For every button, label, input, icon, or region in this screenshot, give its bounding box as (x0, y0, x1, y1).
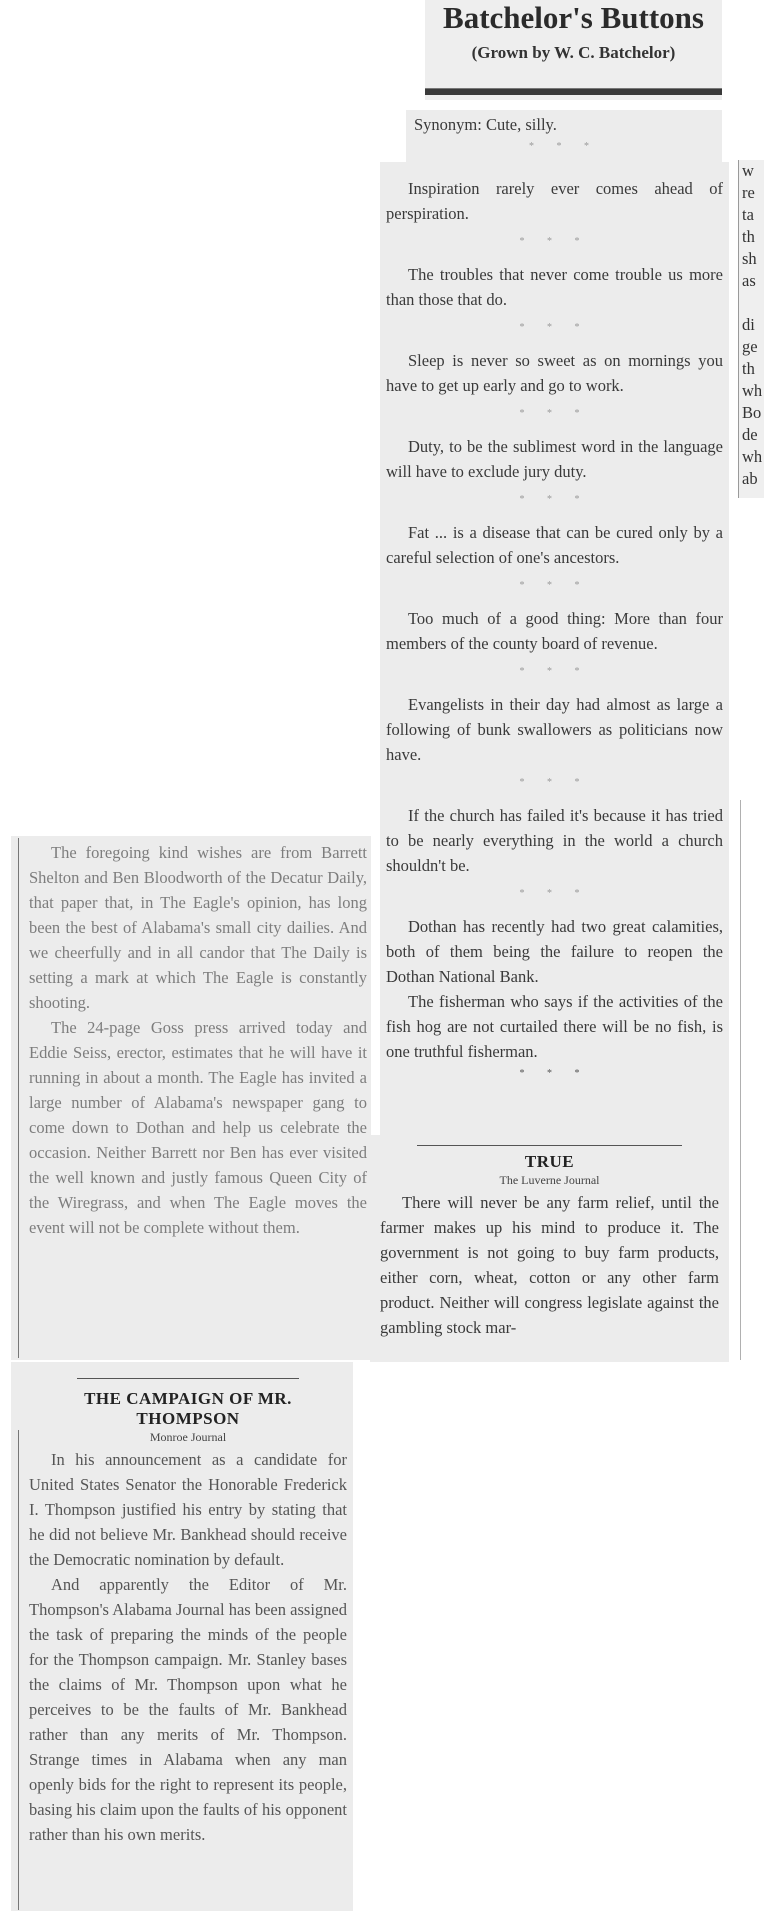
eagle-paragraph: The foregoing kind wishes are from Barre… (29, 840, 367, 1015)
thompson-article-body: In his announcement as a candidate for U… (29, 1447, 347, 1847)
separator-stars: * * * (386, 775, 723, 791)
separator-stars: * * * (386, 234, 723, 250)
separator-stars: * * * (386, 664, 723, 680)
edge-fragments: wretathshas digethwhBodewhab (742, 160, 764, 490)
column-item: The fisherman who says if the activities… (386, 989, 723, 1064)
edge-fragment-line: de (742, 424, 764, 446)
column-item: The troubles that never come trouble us … (386, 262, 723, 312)
column-item: If the church has failed it's because it… (386, 803, 723, 878)
edge-fragment-line: wh (742, 446, 764, 468)
thompson-article-source: Monroe Journal (29, 1429, 347, 1445)
column-byline: (Grown by W. C. Batchelor) (425, 42, 722, 64)
edge-fragment-line (742, 292, 764, 314)
column-item: Too much of a good thing: More than four… (386, 606, 723, 656)
edge-fragment-line: re (742, 182, 764, 204)
adjacent-column-fragment: wretathshas digethwhBodewhab (738, 160, 764, 498)
edge-fragment-line: di (742, 314, 764, 336)
column-title: Batchelor's Buttons (425, 0, 722, 36)
thompson-article-clipping: THE CAMPAIGN OF MR. THOMPSON Monroe Jour… (11, 1362, 353, 1911)
synonym-line: Synonym: Cute, silly. (406, 110, 722, 137)
thompson-left-rule (18, 1430, 19, 1910)
edge-fragment-line: ge (742, 336, 764, 358)
thompson-paragraph: In his announcement as a candidate for U… (29, 1447, 347, 1572)
edge-fragment-line: th (742, 226, 764, 248)
synonym-clipping: Synonym: Cute, silly. * * * (406, 110, 722, 162)
edge-fragment-line: sh (742, 248, 764, 270)
true-article-clipping: TRUE The Luverne Journal There will neve… (370, 1135, 729, 1362)
eagle-article-clipping: The foregoing kind wishes are from Barre… (11, 836, 371, 1360)
edge-fragment-line: as (742, 270, 764, 292)
separator-stars: * * * (386, 320, 723, 336)
column-divider (738, 160, 739, 498)
column-item: Fat ... is a disease that can be cured o… (386, 520, 723, 570)
article-rule (417, 1145, 681, 1146)
thompson-paragraph: And apparently the Editor of Mr. Thompso… (29, 1572, 347, 1847)
separator-stars: * * * (386, 492, 723, 508)
edge-fragment-line: Bo (742, 402, 764, 424)
edge-fragment-line: ab (742, 468, 764, 490)
true-article-title: TRUE (380, 1152, 719, 1172)
column-header-clipping: Batchelor's Buttons (Grown by W. C. Batc… (425, 0, 722, 100)
separator-stars: * * * (386, 578, 723, 594)
separator-stars: * * * (386, 406, 723, 422)
column-item: Sleep is never so sweet as on mornings y… (386, 348, 723, 398)
separator-stars: * * * (406, 139, 722, 155)
column-item: Inspiration rarely ever comes ahead of p… (386, 176, 723, 226)
true-article-source: The Luverne Journal (380, 1172, 719, 1188)
edge-fragment-line: ta (742, 204, 764, 226)
article-rule (77, 1378, 300, 1379)
edge-fragment-line: wh (742, 380, 764, 402)
separator-stars: * * * (386, 1066, 723, 1082)
header-rule (425, 88, 722, 95)
items-list: Inspiration rarely ever comes ahead of p… (386, 162, 723, 1082)
thompson-article-title: THE CAMPAIGN OF MR. THOMPSON (29, 1389, 347, 1429)
edge-fragment-line: th (742, 358, 764, 380)
eagle-article-body: The foregoing kind wishes are from Barre… (29, 840, 367, 1240)
eagle-paragraph: The 24-page Goss press arrived today and… (29, 1015, 367, 1240)
column-item: Evangelists in their day had almost as l… (386, 692, 723, 767)
column-divider-lower (740, 800, 741, 1360)
eagle-left-rule (18, 838, 19, 1358)
edge-fragment-line: w (742, 160, 764, 182)
column-item: Duty, to be the sublimest word in the la… (386, 434, 723, 484)
column-item: Dothan has recently had two great calami… (386, 914, 723, 989)
true-article-body: There will never be any farm relief, unt… (380, 1190, 719, 1340)
separator-stars: * * * (386, 886, 723, 902)
